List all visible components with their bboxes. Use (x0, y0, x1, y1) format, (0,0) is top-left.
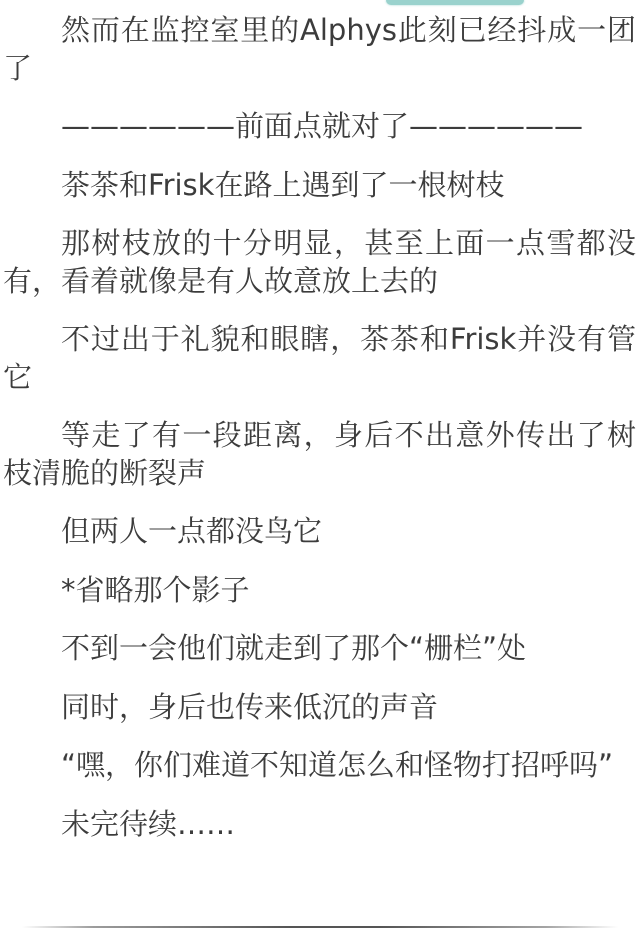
paragraph: 不到一会他们就走到了那个“栅栏”处 (3, 630, 636, 668)
paragraph: 未完待续…… (3, 806, 636, 844)
paragraph: 等走了有一段距离，身后不出意外传出了树枝清脆的断裂声 (3, 417, 636, 492)
paragraph: 不过出于礼貌和眼瞎，茶茶和Frisk并没有管它 (3, 321, 636, 396)
paragraph: *省略那个影子 (3, 572, 636, 610)
paragraph: 但两人一点都没鸟它 (3, 513, 636, 551)
paragraph: ——————前面点就对了—————— (3, 108, 636, 146)
paragraph: “嘿，你们难道不知道怎么和怪物打招呼吗” (3, 747, 636, 785)
reader-page[interactable]: 然而在监控室里的Alphys此刻已经抖成一团了 ——————前面点就对了————… (0, 0, 640, 864)
paragraph: 同时，身后也传来低沉的声音 (3, 689, 636, 727)
bottom-divider (22, 926, 618, 928)
paragraph: 然而在监控室里的Alphys此刻已经抖成一团了 (3, 12, 636, 87)
paragraph: 茶茶和Frisk在路上遇到了一根树枝 (3, 167, 636, 205)
paragraph: 那树枝放的十分明显，甚至上面一点雪都没有，看着就像是有人故意放上去的 (3, 225, 636, 300)
